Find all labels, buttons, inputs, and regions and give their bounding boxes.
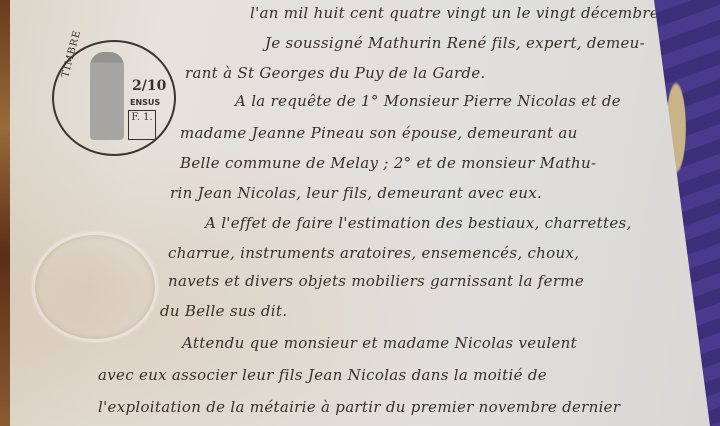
stamp-suffix: ENSUS [130, 98, 160, 107]
stamp-mark: F. 1. [128, 110, 156, 140]
embossed-seal-icon [32, 232, 158, 342]
text-line: charrue, instruments aratoires, ensemenc… [168, 244, 579, 262]
text-line: rin Jean Nicolas, leur fils, demeurant a… [170, 184, 542, 202]
text-line: l'exploitation de la métairie à partir d… [98, 398, 620, 416]
stamp-value: 2/10 [132, 78, 166, 94]
text-line: rant à St Georges du Puy de la Garde. [185, 64, 486, 82]
document-page: TIMBRE 2/10 ENSUS F. 1. l'an mil huit ce… [10, 0, 710, 426]
text-line: madame Jeanne Pineau son épouse, demeura… [180, 124, 578, 142]
text-line: navets et divers objets mobiliers garnis… [168, 272, 584, 290]
text-line: l'an mil huit cent quatre vingt un le vi… [250, 4, 659, 22]
tax-stamp: TIMBRE 2/10 ENSUS F. 1. [52, 40, 176, 156]
text-line: du Belle sus dit. [160, 302, 287, 320]
text-line: Belle commune de Melay ; 2° et de monsie… [180, 154, 596, 172]
text-line: A la requête de 1° Monsieur Pierre Nicol… [235, 92, 621, 110]
text-line: A l'effet de faire l'estimation des best… [205, 214, 632, 232]
text-line: Attendu que monsieur et madame Nicolas v… [182, 334, 577, 352]
justice-figure-icon [90, 52, 124, 140]
text-line: Je soussigné Mathurin René fils, expert,… [265, 34, 645, 52]
text-line: avec eux associer leur fils Jean Nicolas… [98, 366, 547, 384]
stamp-arc-text: TIMBRE [60, 29, 83, 79]
